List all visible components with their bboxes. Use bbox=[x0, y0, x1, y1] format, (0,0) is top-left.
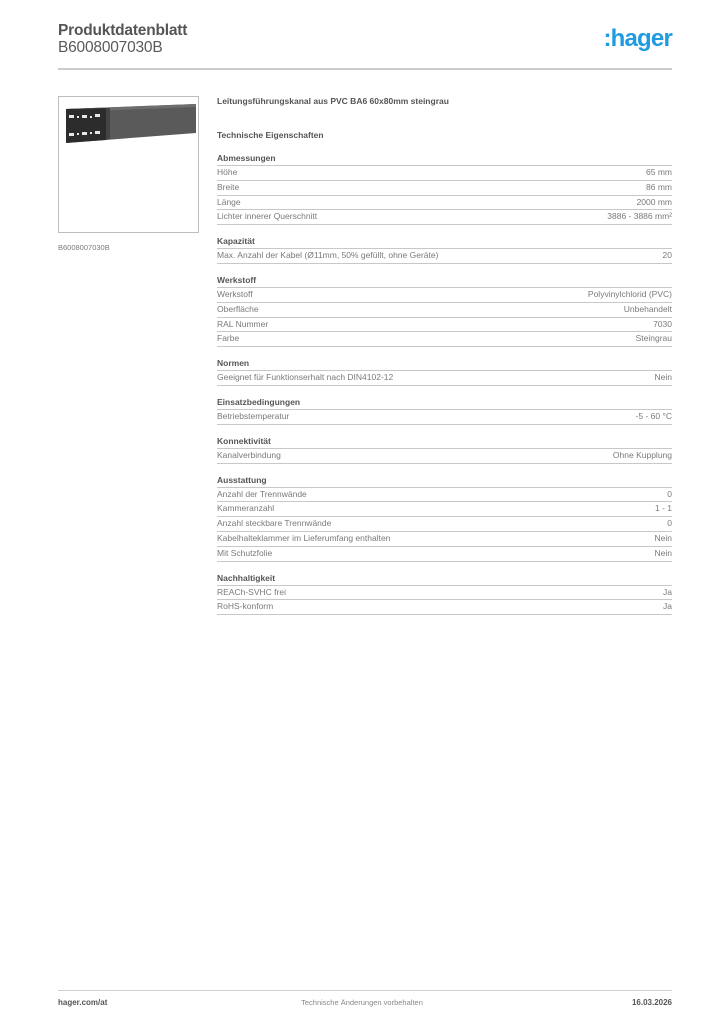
spec-value: Nein bbox=[655, 547, 672, 561]
spec-label: Kabelhalteklammer im Lieferumfang enthal… bbox=[217, 532, 390, 546]
spec-label: Max. Anzahl der Kabel (Ø11mm, 50% gefüll… bbox=[217, 249, 438, 263]
spec-value: 7030 bbox=[653, 318, 672, 332]
spec-section: AusstattungAnzahl der Trennwände0Kammera… bbox=[217, 474, 672, 562]
spec-row: KanalverbindungOhne Kupplung bbox=[217, 449, 672, 464]
spec-row: FarbeSteingrau bbox=[217, 332, 672, 347]
spec-value: Steingrau bbox=[636, 332, 672, 346]
spec-label: RoHS-konform bbox=[217, 600, 273, 614]
spec-section: WerkstoffWerkstoffPolyvinylchlorid (PVC)… bbox=[217, 274, 672, 347]
spec-sections: AbmessungenHöhe65 mmBreite86 mmLänge2000… bbox=[217, 152, 672, 615]
product-image bbox=[58, 96, 199, 233]
spec-label: Kanalverbindung bbox=[217, 449, 281, 463]
spec-row: Anzahl der Trennwände0 bbox=[217, 488, 672, 503]
spec-value: Nein bbox=[655, 371, 672, 385]
section-title: Abmessungen bbox=[217, 152, 672, 166]
product-code: B6008007030B bbox=[58, 39, 162, 57]
section-title: Werkstoff bbox=[217, 274, 672, 288]
header-title: Produktdatenblatt bbox=[58, 22, 187, 40]
spec-row: RoHS-konformJa bbox=[217, 600, 672, 615]
spec-value: Unbehandelt bbox=[624, 303, 672, 317]
spec-label: Mit Schutzfolie bbox=[217, 547, 272, 561]
spec-label: REACh-SVHC frei bbox=[217, 586, 286, 600]
spec-row: Geeignet für Funktionserhalt nach DIN410… bbox=[217, 371, 672, 386]
spec-row: WerkstoffPolyvinylchlorid (PVC) bbox=[217, 288, 672, 303]
spec-row: Lichter innerer Querschnitt3886 - 3886 m… bbox=[217, 210, 672, 225]
product-name: Leitungsführungskanal aus PVC BA6 60x80m… bbox=[217, 94, 672, 108]
spec-row: OberflächeUnbehandelt bbox=[217, 303, 672, 318]
spec-label: Länge bbox=[217, 196, 241, 210]
footer-date: 16.03.2026 bbox=[632, 998, 672, 1007]
section-title: Kapazität bbox=[217, 235, 672, 249]
spec-label: Höhe bbox=[217, 166, 237, 180]
spec-section: NormenGeeignet für Funktionserhalt nach … bbox=[217, 357, 672, 386]
spec-section: NachhaltigkeitREACh-SVHC freiJaRoHS-konf… bbox=[217, 572, 672, 616]
spec-value: Nein bbox=[655, 532, 672, 546]
spec-value: -5 - 60 °C bbox=[636, 410, 672, 424]
image-caption: B6008007030B bbox=[58, 243, 110, 252]
technical-properties-heading: Technische Eigenschaften bbox=[217, 128, 672, 142]
spec-row: Höhe65 mm bbox=[217, 166, 672, 181]
spec-value: 0 bbox=[667, 488, 672, 502]
spec-label: Breite bbox=[217, 181, 239, 195]
spec-value: 0 bbox=[667, 517, 672, 531]
spec-label: Anzahl steckbare Trennwände bbox=[217, 517, 331, 531]
spec-label: Farbe bbox=[217, 332, 239, 346]
spec-label: Lichter innerer Querschnitt bbox=[217, 210, 317, 224]
section-title: Nachhaltigkeit bbox=[217, 572, 672, 586]
spec-section: EinsatzbedingungenBetriebstemperatur-5 -… bbox=[217, 396, 672, 425]
spec-label: Geeignet für Funktionserhalt nach DIN410… bbox=[217, 371, 393, 385]
hager-logo: :hager bbox=[603, 26, 672, 52]
spec-value: 20 bbox=[663, 249, 672, 263]
spec-section: AbmessungenHöhe65 mmBreite86 mmLänge2000… bbox=[217, 152, 672, 225]
spec-row: Max. Anzahl der Kabel (Ø11mm, 50% gefüll… bbox=[217, 249, 672, 264]
section-title: Konnektivität bbox=[217, 435, 672, 449]
footer-divider bbox=[58, 990, 672, 991]
spec-label: Betriebstemperatur bbox=[217, 410, 289, 424]
spec-row: Betriebstemperatur-5 - 60 °C bbox=[217, 410, 672, 425]
section-title: Ausstattung bbox=[217, 474, 672, 488]
spec-row: RAL Nummer7030 bbox=[217, 318, 672, 333]
footer-disclaimer: Technische Änderungen vorbehalten bbox=[0, 998, 724, 1007]
spec-row: Anzahl steckbare Trennwände0 bbox=[217, 517, 672, 532]
spec-value: 3886 - 3886 mm² bbox=[607, 210, 672, 224]
spec-content: Leitungsführungskanal aus PVC BA6 60x80m… bbox=[217, 94, 672, 615]
spec-row: Länge2000 mm bbox=[217, 196, 672, 211]
section-title: Normen bbox=[217, 357, 672, 371]
spec-row: Kabelhalteklammer im Lieferumfang enthal… bbox=[217, 532, 672, 547]
cable-duct-icon bbox=[62, 103, 196, 149]
spec-value: 86 mm bbox=[646, 181, 672, 195]
spec-row: Kammeranzahl1 - 1 bbox=[217, 502, 672, 517]
spec-value: Polyvinylchlorid (PVC) bbox=[588, 288, 672, 302]
spec-row: REACh-SVHC freiJa bbox=[217, 586, 672, 601]
spec-label: Kammeranzahl bbox=[217, 502, 274, 516]
spec-row: Breite86 mm bbox=[217, 181, 672, 196]
section-title: Einsatzbedingungen bbox=[217, 396, 672, 410]
spec-value: Ja bbox=[663, 600, 672, 614]
spec-value: Ja bbox=[663, 586, 672, 600]
spec-section: KapazitätMax. Anzahl der Kabel (Ø11mm, 5… bbox=[217, 235, 672, 264]
spec-label: Anzahl der Trennwände bbox=[217, 488, 307, 502]
spec-value: 1 - 1 bbox=[655, 502, 672, 516]
spec-label: Oberfläche bbox=[217, 303, 259, 317]
spec-value: 65 mm bbox=[646, 166, 672, 180]
spec-value: 2000 mm bbox=[637, 196, 672, 210]
spec-value: Ohne Kupplung bbox=[613, 449, 672, 463]
spec-label: Werkstoff bbox=[217, 288, 253, 302]
spec-section: KonnektivitätKanalverbindungOhne Kupplun… bbox=[217, 435, 672, 464]
spec-label: RAL Nummer bbox=[217, 318, 268, 332]
header-divider bbox=[58, 68, 672, 70]
spec-row: Mit SchutzfolieNein bbox=[217, 547, 672, 562]
